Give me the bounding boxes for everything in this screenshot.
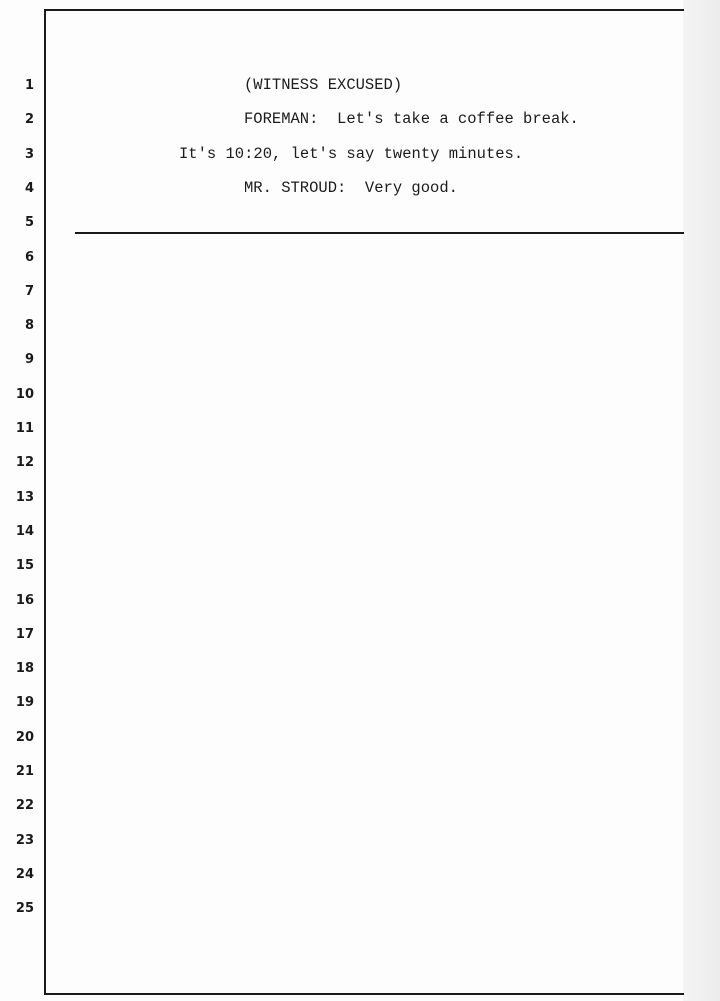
line-number: 4 — [4, 181, 34, 197]
line-number: 5 — [4, 215, 34, 231]
line-number: 9 — [4, 352, 34, 368]
page-border-left — [44, 9, 46, 995]
transcript-line-1: (WITNESS EXCUSED) — [244, 76, 402, 94]
transcript-line-4: MR. STROUD: Very good. — [244, 179, 458, 197]
line-number: 13 — [4, 490, 34, 506]
page-edge-shadow — [683, 0, 720, 1001]
line-number: 18 — [4, 661, 34, 677]
line-number: 2 — [4, 112, 34, 128]
line-number: 3 — [4, 147, 34, 163]
line-number: 25 — [4, 901, 34, 917]
line-number: 12 — [4, 455, 34, 471]
page-border-bottom — [44, 993, 684, 995]
transcript-page: 1234567891011121314151617181920212223242… — [0, 0, 720, 1001]
transcript-line-2: FOREMAN: Let's take a coffee break. — [244, 110, 579, 128]
line-number: 10 — [4, 387, 34, 403]
line-number: 8 — [4, 318, 34, 334]
line-number: 23 — [4, 833, 34, 849]
line-number: 17 — [4, 627, 34, 643]
transcript-line-3: It's 10:20, let's say twenty minutes. — [179, 145, 523, 163]
line-number: 16 — [4, 593, 34, 609]
line-number: 19 — [4, 695, 34, 711]
line-number: 20 — [4, 730, 34, 746]
line-number: 1 — [4, 78, 34, 94]
page-border-top — [44, 9, 684, 11]
line-number: 11 — [4, 421, 34, 437]
line-number: 15 — [4, 558, 34, 574]
line-number: 14 — [4, 524, 34, 540]
end-of-testimony-rule — [75, 232, 684, 234]
line-number: 22 — [4, 798, 34, 814]
line-number: 7 — [4, 284, 34, 300]
line-number: 6 — [4, 250, 34, 266]
line-number: 21 — [4, 764, 34, 780]
line-number: 24 — [4, 867, 34, 883]
